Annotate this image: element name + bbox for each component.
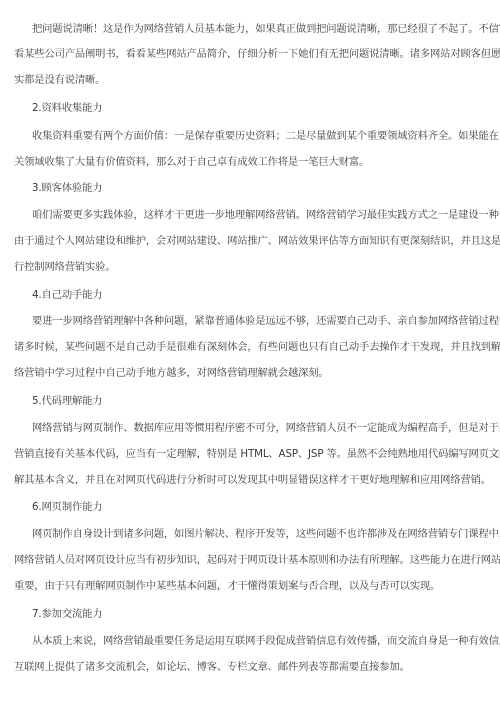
paragraph-line: 诸多时候，某些问题不是自己动手是很难有深刻体会，有些问题也只有自己动手去操作才干…	[14, 340, 500, 354]
paragraph-line: 要进一步网络营销理解中各种问题，紧靠普通体验是远远不够，还需要自己动手、亲自参加…	[32, 314, 500, 328]
paragraph-line: 由于通过个人网站建设和维护，会对网站建设、网站推广、网站效果评估等方面知识有更深…	[14, 234, 500, 248]
paragraph-line: 看某些公司产品阐明书，看看某些网站产品简介，仔细分析一下她们有无把问题说清晰。诸…	[14, 47, 500, 61]
section-heading: 7.参加交流能力	[32, 607, 102, 621]
paragraph-line: 关领域收集了大量有价值资料，那么对于自己卓有成效工作将是一笔巨大财富。	[14, 155, 369, 169]
paragraph-line: 行控制网络营销实验。	[14, 260, 115, 274]
document-page: 把问题说清晰！这是作为网络营销人员基本能力，如果真正做到把问题说清晰，那已经很了…	[0, 0, 500, 707]
paragraph-line: 络营销中学习过程中自己动手地方越多，对网络营销理解就会越深刻。	[14, 366, 329, 380]
paragraph-line: 收集资料重要有两个方面价值：一是保存重要历史资料；二是尽量做到某个重要领域资料齐…	[32, 129, 500, 143]
section-heading: 4.自己动手能力	[32, 288, 102, 302]
paragraph-line: 把问题说清晰！这是作为网络营销人员基本能力，如果真正做到把问题说清晰，那已经很了…	[32, 22, 500, 36]
paragraph-line: 实都是没有说清晰。	[14, 73, 105, 87]
paragraph-line: 咱们需要更多实践体验，这样才干更进一步地理解网络营销。网络营销学习最佳实践方式之…	[32, 208, 500, 222]
paragraph-line: 互联网上提供了诸多交流机会，如论坛、博客、专栏文章、邮件列表等都需要直接参加。	[14, 660, 410, 674]
paragraph-line: 从本质上来说，网络营销最重要任务是运用互联网手段促成营销信息有效传播，而交流自身…	[32, 634, 500, 648]
section-heading: 2.资料收集能力	[32, 101, 102, 115]
paragraph-line: 营销直接有关基本代码，应当有一定理解，特别是 HTML、ASP、JSP 等。虽然…	[14, 447, 500, 461]
paragraph-line: 重要，由于只有理解网页制作中某些基本问题，才干懂得策划案与否合理，以及与否可以实…	[14, 579, 440, 593]
section-heading: 5.代码理解能力	[32, 394, 102, 408]
paragraph-line: 网络营销人员对网页设计应当有初步知识，起码对于网页设计基本原则和办法有所理解。这…	[14, 553, 500, 567]
paragraph-line: 网页制作自身设计到诸多问题，如图片解决、程序开发等，这些问题不也许都涉及在网络营…	[32, 527, 500, 541]
paragraph-line: 解其基本含义，并且在对网页代码进行分析时可以发现其中明显错误这样才干更好地理解和…	[14, 473, 491, 487]
paragraph-line: 网络营销与网页制作、数据库应用等惯用程序密不可分，网络营销人员不一定能成为编程高…	[32, 421, 500, 435]
section-heading: 3.顾客体验能力	[32, 181, 102, 195]
section-heading: 6.网页制作能力	[32, 500, 102, 514]
